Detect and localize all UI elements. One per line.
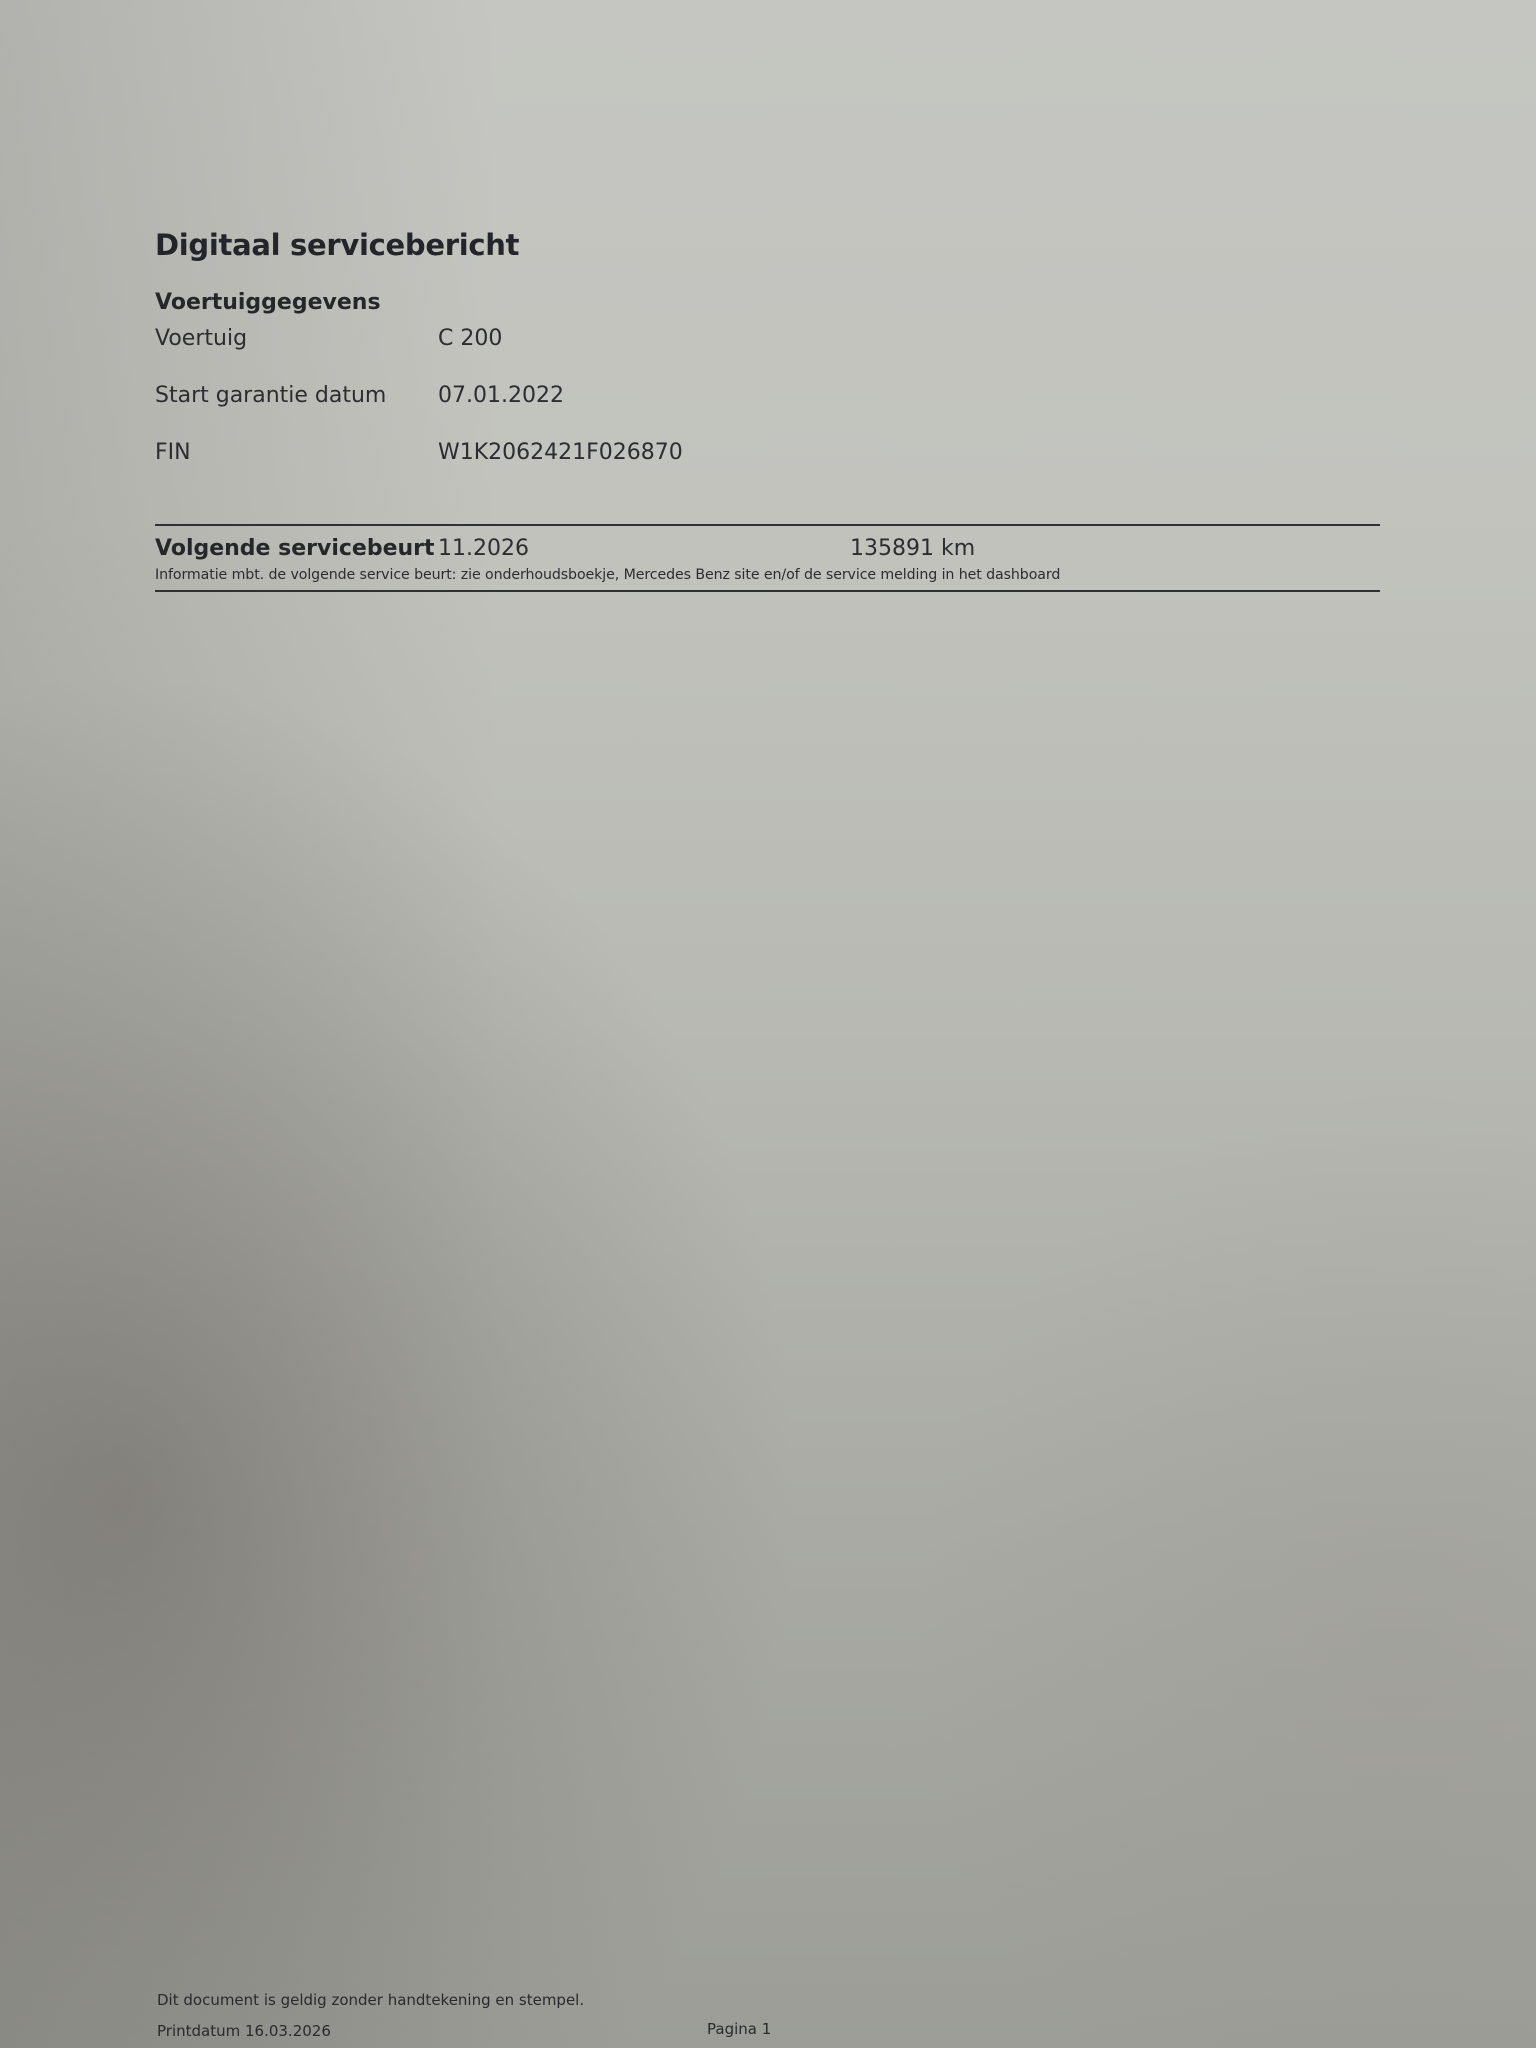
field-value: 07.01.2022 [438, 383, 564, 408]
field-value: C 200 [438, 326, 502, 351]
next-service-label: Volgende servicebeurt [155, 536, 435, 561]
next-service-date: 11.2026 [438, 536, 529, 561]
field-row-fin: FIN W1K2062421F026870 [155, 440, 1055, 470]
field-row-vehicle: Voertuig C 200 [155, 326, 1055, 356]
divider [155, 524, 1380, 526]
next-service-info: Informatie mbt. de volgende service beur… [155, 567, 1060, 583]
field-label: FIN [155, 440, 191, 465]
next-service-block: Volgende servicebeurt 11.2026 135891 km … [155, 524, 1380, 594]
footer-page-number: Pagina 1 [707, 2020, 771, 2038]
field-label: Start garantie datum [155, 383, 386, 408]
field-row-warranty-start: Start garantie datum 07.01.2022 [155, 383, 1055, 413]
footer-validity-note: Dit document is geldig zonder handtekeni… [157, 1991, 584, 2009]
document-title: Digitaal servicebericht [155, 228, 519, 262]
field-label: Voertuig [155, 326, 247, 351]
vehicle-section-heading: Voertuiggegevens [155, 290, 381, 315]
footer-print-date: Printdatum 16.03.2026 [157, 2022, 331, 2040]
field-value: W1K2062421F026870 [438, 440, 683, 465]
divider [155, 590, 1380, 592]
next-service-mileage: 135891 km [850, 536, 975, 561]
